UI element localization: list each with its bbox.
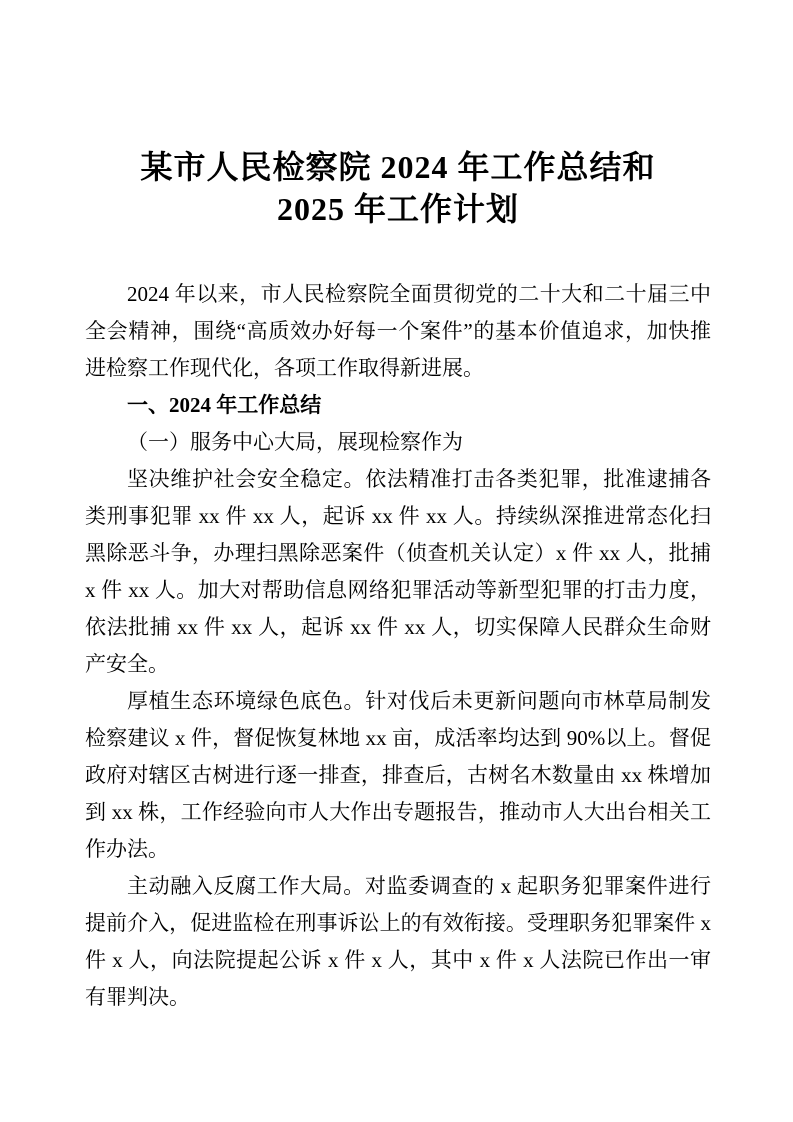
section-heading-2024-work-summary: 一、2024 年工作总结 bbox=[85, 387, 711, 424]
paragraph-ecology: 厚植生态环境绿色底色。针对伐后未更新问题向市林草局制发检察建议 x 件，督促恢复… bbox=[85, 683, 711, 868]
paragraph-intro: 2024 年以来，市人民检察院全面贯彻党的二十大和二十届三中全会精神，围绕“高质… bbox=[85, 276, 711, 387]
document-title: 某市人民检察院 2024 年工作总结和 2025 年工作计划 bbox=[85, 146, 711, 230]
paragraph-social-safety: 坚决维护社会安全稳定。依法精准打击各类犯罪，批准逮捕各类刑事犯罪 xx 件 xx… bbox=[85, 461, 711, 683]
paragraph-anti-corruption: 主动融入反腐工作大局。对监委调查的 x 起职务犯罪案件进行提前介入，促进监检在刑… bbox=[85, 868, 711, 1016]
document-page: 某市人民检察院 2024 年工作总结和 2025 年工作计划 2024 年以来，… bbox=[0, 0, 793, 1122]
document-title-line-1: 某市人民检察院 2024 年工作总结和 bbox=[85, 146, 711, 188]
subsection-heading-serve-overall-situation: （一）服务中心大局，展现检察作为 bbox=[85, 424, 711, 461]
document-title-line-2: 2025 年工作计划 bbox=[85, 188, 711, 230]
